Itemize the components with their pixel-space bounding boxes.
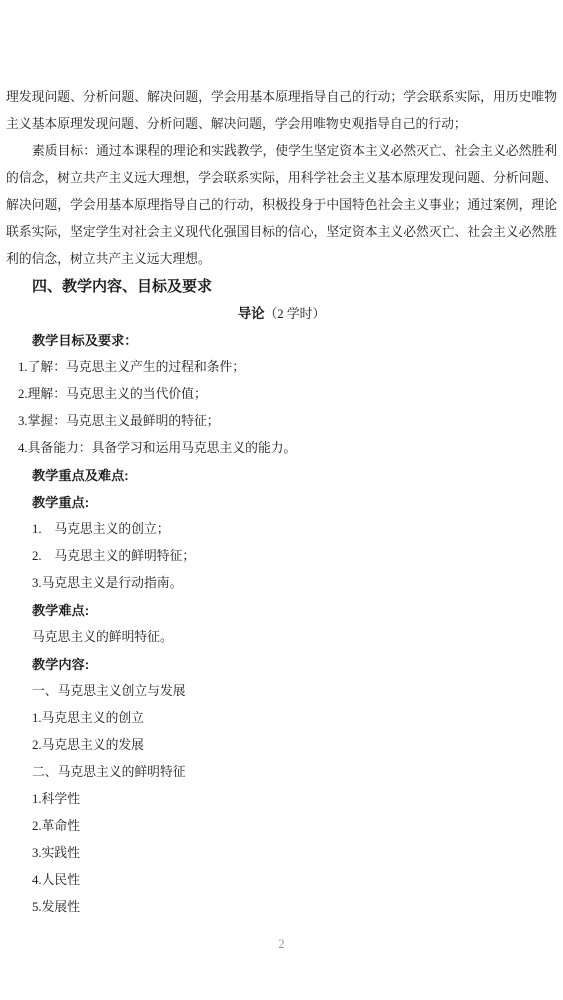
document-page: 理发现问题、分析问题、解决问题，学会用基本原理指导自己的行动；学会联系实际，用历… [0,0,563,1000]
content-item: 1.马克思主义的创立 [0,705,563,732]
paragraph-line: 联系实际，坚定学生对社会主义现代化强国目标的信心，坚定资本主义必然灭亡、社会主义… [0,219,563,246]
content-item: 1. 马克思主义的创立； [0,516,563,543]
subheading: 教学重点及难点: [0,462,563,489]
subheading: 教学重点: [0,489,563,516]
content-item: 2.马克思主义的发展 [0,732,563,759]
subheading: 教学难点: [0,597,563,624]
page-number: 2 [0,934,563,954]
objective-item: 1.了解：马克思主义产生的过程和条件； [0,354,563,381]
content-item: 二、马克思主义的鲜明特征 [0,759,563,786]
content-item: 5.发展性 [0,894,563,921]
content-item: 1.科学性 [0,786,563,813]
content-item: 4.人民性 [0,867,563,894]
section-heading: 四、教学内容、目标及要求 [0,273,563,300]
content-item: 一、马克思主义创立与发展 [0,678,563,705]
objective-item: 3.掌握：马克思主义最鲜明的特征； [0,408,563,435]
subheading: 教学内容: [0,651,563,678]
content-item: 3.实践性 [0,840,563,867]
paragraph-line: 解决问题，学会用基本原理指导自己的行动，积极投身于中国特色社会主义事业；通过案例… [0,192,563,219]
content-item: 马克思主义的鲜明特征。 [0,624,563,651]
paragraph-last-line: 主义基本原理发现问题、分析问题、解决问题，学会用唯物史观指导自己的行动； [0,111,563,138]
paragraph-line: 理发现问题、分析问题、解决问题，学会用基本原理指导自己的行动；学会联系实际，用历… [0,84,563,111]
lesson-title-text: 导论 [238,306,265,321]
content-item: 2. 马克思主义的鲜明特征； [0,543,563,570]
lesson-title: 导论（2 学时） [0,300,563,327]
lesson-hours-text: （2 学时） [264,307,325,321]
objective-item: 4.具备能力：具备学习和运用马克思主义的能力。 [0,435,563,462]
content-item: 3.马克思主义是行动指南。 [0,570,563,597]
objective-item: 2.理解：马克思主义的当代价值； [0,381,563,408]
paragraph-first-line: 素质目标：通过本课程的理论和实践教学，使学生坚定资本主义必然灭亡、社会主义必然胜… [0,138,563,165]
paragraph-last-line: 利的信念，树立共产主义远大理想。 [0,246,563,273]
subheading: 教学目标及要求： [0,327,563,354]
content-item: 2.革命性 [0,813,563,840]
document-body: 理发现问题、分析问题、解决问题，学会用基本原理指导自己的行动；学会联系实际，用历… [0,84,563,921]
paragraph-line: 的信念，树立共产主义远大理想，学会联系实际，用科学社会主义基本原理发现问题、分析… [0,165,563,192]
